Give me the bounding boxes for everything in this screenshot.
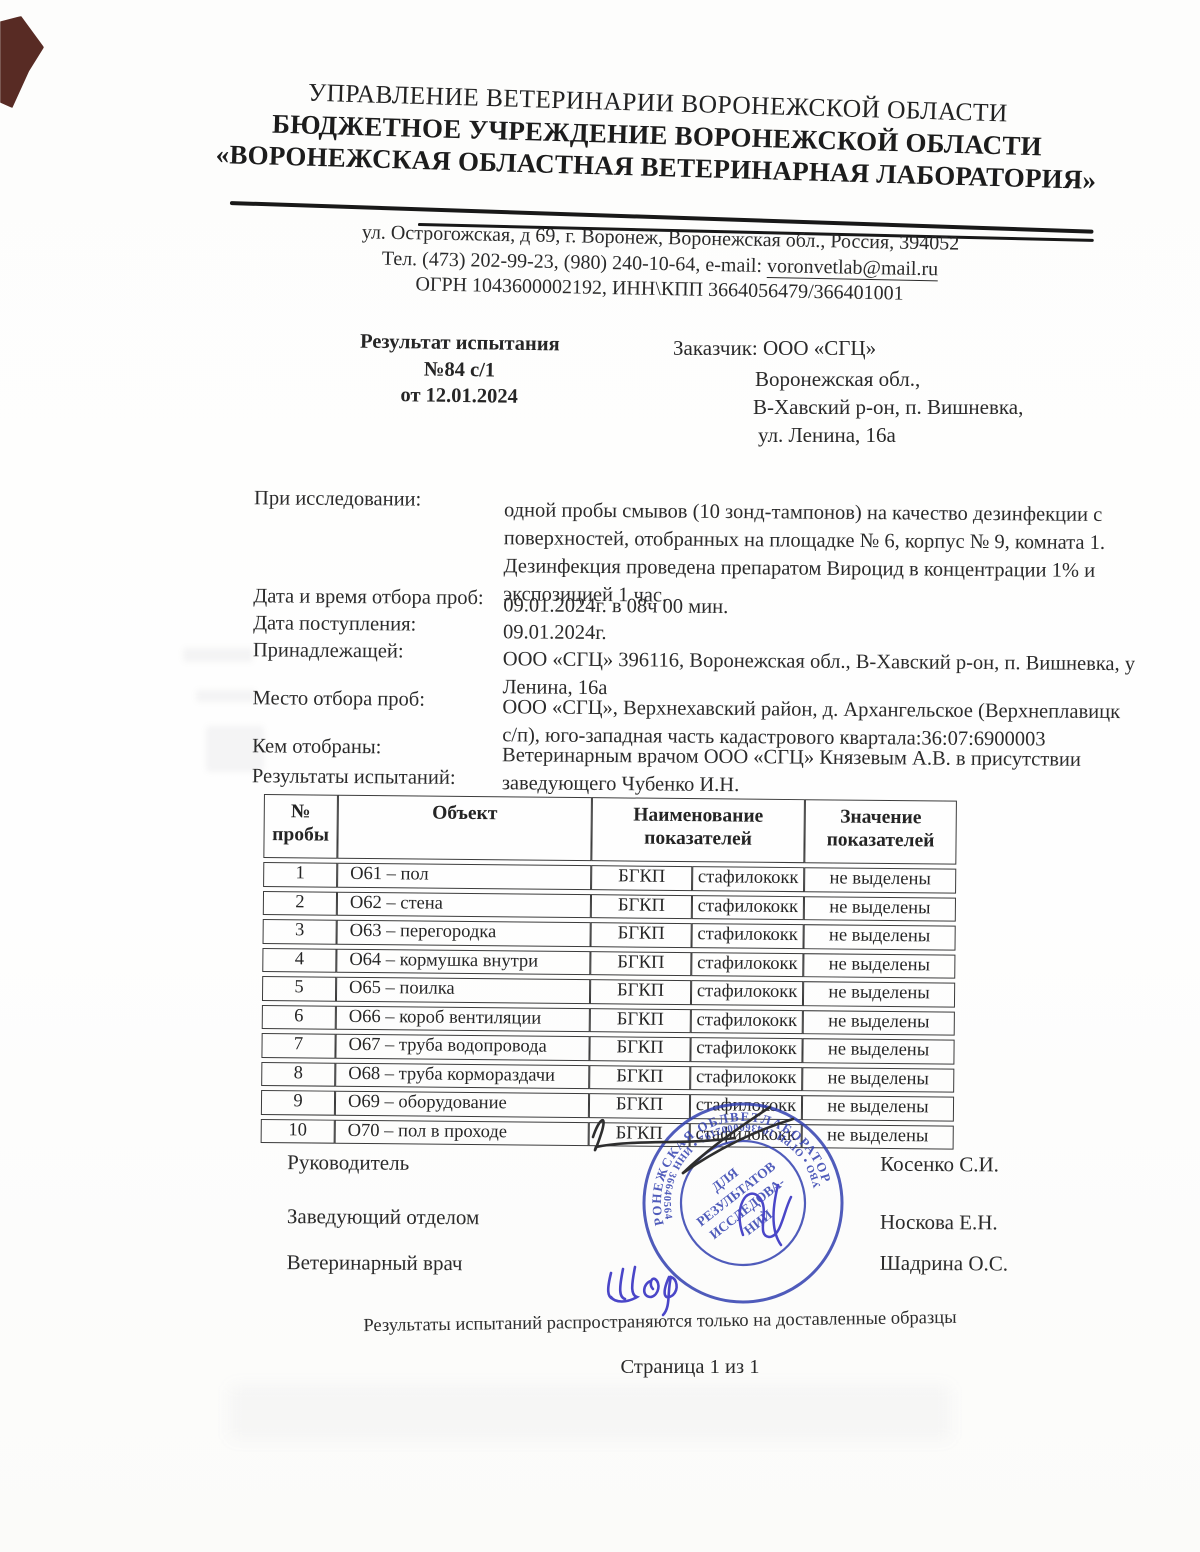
signature-title-dept-head: Заведующий отделом — [287, 1204, 480, 1230]
signature-name-director: Косенко С.И. — [880, 1152, 999, 1178]
director-signature-ink — [593, 1107, 793, 1173]
signature-name-vet: Шадрина О.С. — [880, 1251, 1009, 1277]
vet-signature-ink — [608, 1267, 676, 1315]
dept-head-signature-ink — [740, 1185, 791, 1245]
signature-title-vet: Ветеринарный врач — [287, 1250, 463, 1276]
footer-page-number: Страница 1 из 1 — [490, 1356, 890, 1379]
signature-title-director: Руководитель — [287, 1150, 409, 1176]
scanned-report-page: УПРАВЛЕНИЕ ВЕТЕРИНАРИИ ВОРОНЕЖСКОЙ ОБЛАС… — [0, 0, 1200, 1552]
handwritten-signatures — [535, 1085, 855, 1325]
signature-name-dept-head: Носкова Е.Н. — [880, 1210, 998, 1236]
